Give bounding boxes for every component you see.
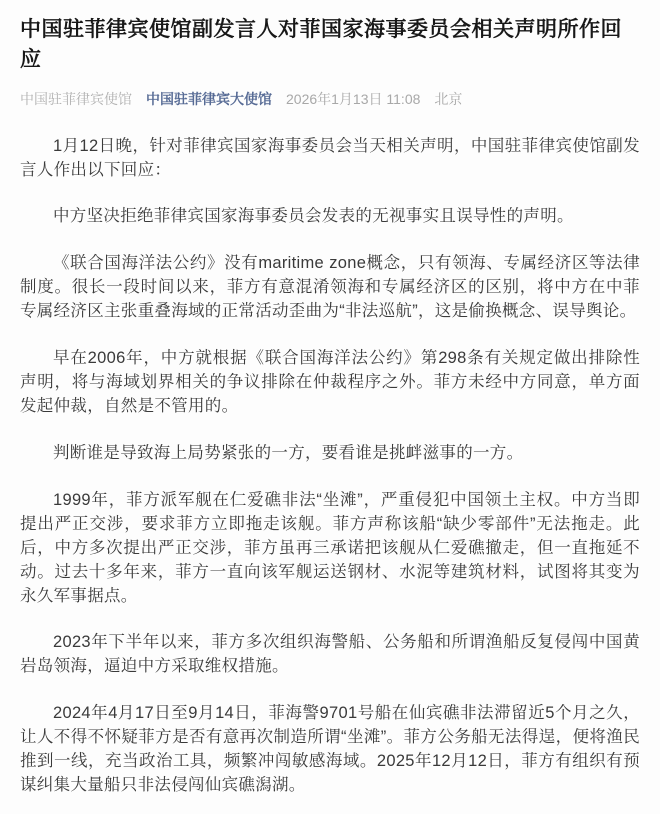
paragraph: 《联合国海洋法公约》没有maritime zone概念，只有领海、专属经济区等法… [20, 252, 640, 324]
publish-location: 北京 [434, 89, 462, 109]
article-title: 中国驻菲律宾使馆副发言人对菲国家海事委员会相关声明所作回应 [20, 15, 640, 75]
paragraph: 2023年下半年以来，菲方多次组织海警船、公务船和所谓渔船反复侵闯中国黄岩岛领海… [20, 631, 640, 679]
paragraph: 中方坚决拒绝菲律宾国家海事委员会发表的无视事实且误导性的声明。 [20, 205, 640, 229]
paragraph: 1999年，菲方派军舰在仁爱礁非法“坐滩”，严重侵犯中国领土主权。中方当即提出严… [20, 489, 640, 609]
paragraph: 2024年4月17日至9月14日，菲海警9701号船在仙宾礁非法滞留近5个月之久… [20, 702, 640, 798]
paragraph: 1月12日晚，针对菲律宾国家海事委员会当天相关声明，中国驻菲律宾使馆副发言人作出… [20, 135, 640, 183]
article-body: 1月12日晚，针对菲律宾国家海事委员会当天相关声明，中国驻菲律宾使馆副发言人作出… [20, 135, 640, 798]
article-page: 中国驻菲律宾使馆副发言人对菲国家海事委员会相关声明所作回应 中国驻菲律宾使馆 中… [0, 0, 660, 814]
article-author: 中国驻菲律宾使馆 [20, 89, 132, 109]
paragraph: 判断谁是导致海上局势紧张的一方，要看谁是挑衅滋事的一方。 [20, 442, 640, 466]
publish-datetime: 2026年1月13日 11:08 [286, 89, 420, 109]
article-meta: 中国驻菲律宾使馆 中国驻菲律宾大使馆 2026年1月13日 11:08 北京 [20, 89, 640, 109]
paragraph: 早在2006年，中方就根据《联合国海洋法公约》第298条有关规定做出排除性声明，… [20, 347, 640, 419]
account-name-link[interactable]: 中国驻菲律宾大使馆 [146, 89, 272, 109]
